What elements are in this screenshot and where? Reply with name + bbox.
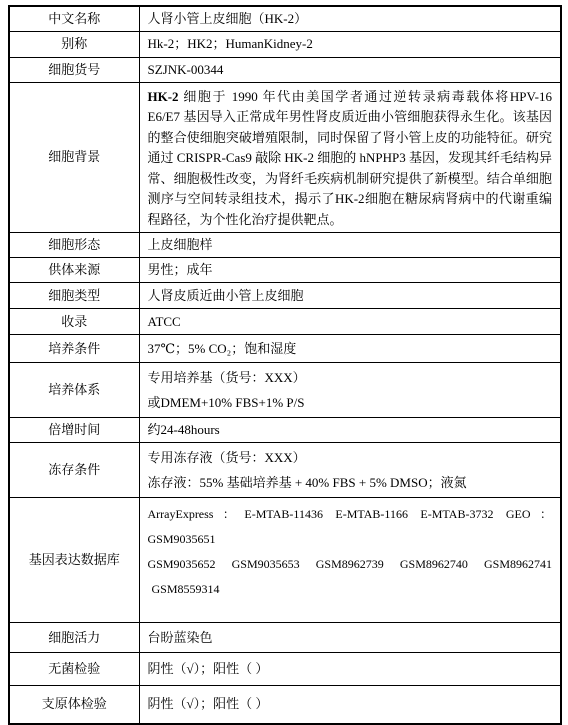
depository-label: 收录	[9, 309, 139, 335]
culture-system-value: 专用培养基（货号：XXX） 或DMEM+10% FBS+1% P/S	[139, 363, 561, 418]
gene-expression-database-value: ArrayExpress：E-MTAB-11436 E-MTAB-1166 E-…	[139, 498, 561, 623]
cryopreservation-line-2: 冻存液：55% 基础培养基 + 40% FBS + 5% DMSO；液氮	[148, 470, 553, 495]
cell-background-bold-lead: HK-2	[148, 89, 179, 104]
culture-system-line-2: 或DMEM+10% FBS+1% P/S	[148, 390, 553, 415]
table-row-morphology: 细胞形态 上皮细胞样	[9, 233, 561, 258]
cell-background-paragraph: HK-2 细胞于 1990 年代由美国学者通过逆转录病毒载体将HPV-16 E6…	[148, 87, 553, 231]
chinese-name-label: 中文名称	[9, 6, 139, 31]
table-row-gene-expression-database: 基因表达数据库 ArrayExpress：E-MTAB-11436 E-MTAB…	[9, 498, 561, 623]
table-row-alias: 别称 Hk-2；HK2；HumanKidney-2	[9, 31, 561, 57]
document-page: 中文名称 人肾小管上皮细胞（HK-2） 别称 Hk-2；HK2；HumanKid…	[0, 0, 568, 693]
table-row-chinese-name: 中文名称 人肾小管上皮细胞（HK-2）	[9, 6, 561, 31]
table-row-mycoplasma-test: 支原体检验 阴性（√）；阳性（ ）	[9, 686, 561, 724]
doubling-time-label: 倍增时间	[9, 418, 139, 443]
cell-background-value: HK-2 细胞于 1990 年代由美国学者通过逆转录病毒载体将HPV-16 E6…	[139, 82, 561, 233]
morphology-value: 上皮细胞样	[139, 233, 561, 258]
mycoplasma-test-label: 支原体检验	[9, 686, 139, 724]
gene-database-line-3: GSM8559314	[148, 577, 553, 602]
table-row-culture-conditions: 培养条件 37℃；5% CO₂；饱和湿度	[9, 335, 561, 363]
cell-info-table: 中文名称 人肾小管上皮细胞（HK-2） 别称 Hk-2；HK2；HumanKid…	[8, 5, 562, 725]
table-row-cell-background: 细胞背景 HK-2 细胞于 1990 年代由美国学者通过逆转录病毒载体将HPV-…	[9, 82, 561, 233]
table-row-catalog-number: 细胞货号 SZJNK-00344	[9, 57, 561, 82]
cell-type-value: 人肾皮质近曲小管上皮细胞	[139, 283, 561, 309]
table-row-viability: 细胞活力 台盼蓝染色	[9, 623, 561, 653]
cell-background-label: 细胞背景	[9, 82, 139, 233]
sterility-test-label: 无菌检验	[9, 653, 139, 686]
cell-type-label: 细胞类型	[9, 283, 139, 309]
culture-conditions-label: 培养条件	[9, 335, 139, 363]
table-row-culture-system: 培养体系 专用培养基（货号：XXX） 或DMEM+10% FBS+1% P/S	[9, 363, 561, 418]
viability-label: 细胞活力	[9, 623, 139, 653]
sterility-test-value: 阴性（√）；阳性（ ）	[139, 653, 561, 686]
morphology-label: 细胞形态	[9, 233, 139, 258]
catalog-number-label: 细胞货号	[9, 57, 139, 82]
table-row-depository: 收录 ATCC	[9, 309, 561, 335]
gene-expression-database-label: 基因表达数据库	[9, 498, 139, 623]
table-row-doubling-time: 倍增时间 约24-48hours	[9, 418, 561, 443]
donor-source-value: 男性；成年	[139, 258, 561, 283]
cryopreservation-label: 冻存条件	[9, 443, 139, 498]
chinese-name-value: 人肾小管上皮细胞（HK-2）	[139, 6, 561, 31]
cryopreservation-line-1: 专用冻存液（货号：XXX）	[148, 445, 553, 470]
table-row-cryopreservation: 冻存条件 专用冻存液（货号：XXX） 冻存液：55% 基础培养基 + 40% F…	[9, 443, 561, 498]
table-row-sterility-test: 无菌检验 阴性（√）；阳性（ ）	[9, 653, 561, 686]
table-row-donor-source: 供体来源 男性；成年	[9, 258, 561, 283]
donor-source-label: 供体来源	[9, 258, 139, 283]
culture-system-line-1: 专用培养基（货号：XXX）	[148, 365, 553, 390]
culture-system-label: 培养体系	[9, 363, 139, 418]
catalog-number-value: SZJNK-00344	[139, 57, 561, 82]
alias-value: Hk-2；HK2；HumanKidney-2	[139, 31, 561, 57]
table-row-cell-type: 细胞类型 人肾皮质近曲小管上皮细胞	[9, 283, 561, 309]
doubling-time-value: 约24-48hours	[139, 418, 561, 443]
depository-value: ATCC	[139, 309, 561, 335]
cell-background-text: 细胞于 1990 年代由美国学者通过逆转录病毒载体将HPV-16 E6/E7 基…	[148, 89, 553, 227]
gene-database-line-2: GSM9035652 GSM9035653 GSM8962739 GSM8962…	[148, 552, 553, 577]
alias-label: 别称	[9, 31, 139, 57]
gene-database-line-1: ArrayExpress：E-MTAB-11436 E-MTAB-1166 E-…	[148, 502, 553, 552]
viability-value: 台盼蓝染色	[139, 623, 561, 653]
culture-conditions-value: 37℃；5% CO₂；饱和湿度	[139, 335, 561, 363]
cryopreservation-value: 专用冻存液（货号：XXX） 冻存液：55% 基础培养基 + 40% FBS + …	[139, 443, 561, 498]
mycoplasma-test-value: 阴性（√）；阳性（ ）	[139, 686, 561, 724]
